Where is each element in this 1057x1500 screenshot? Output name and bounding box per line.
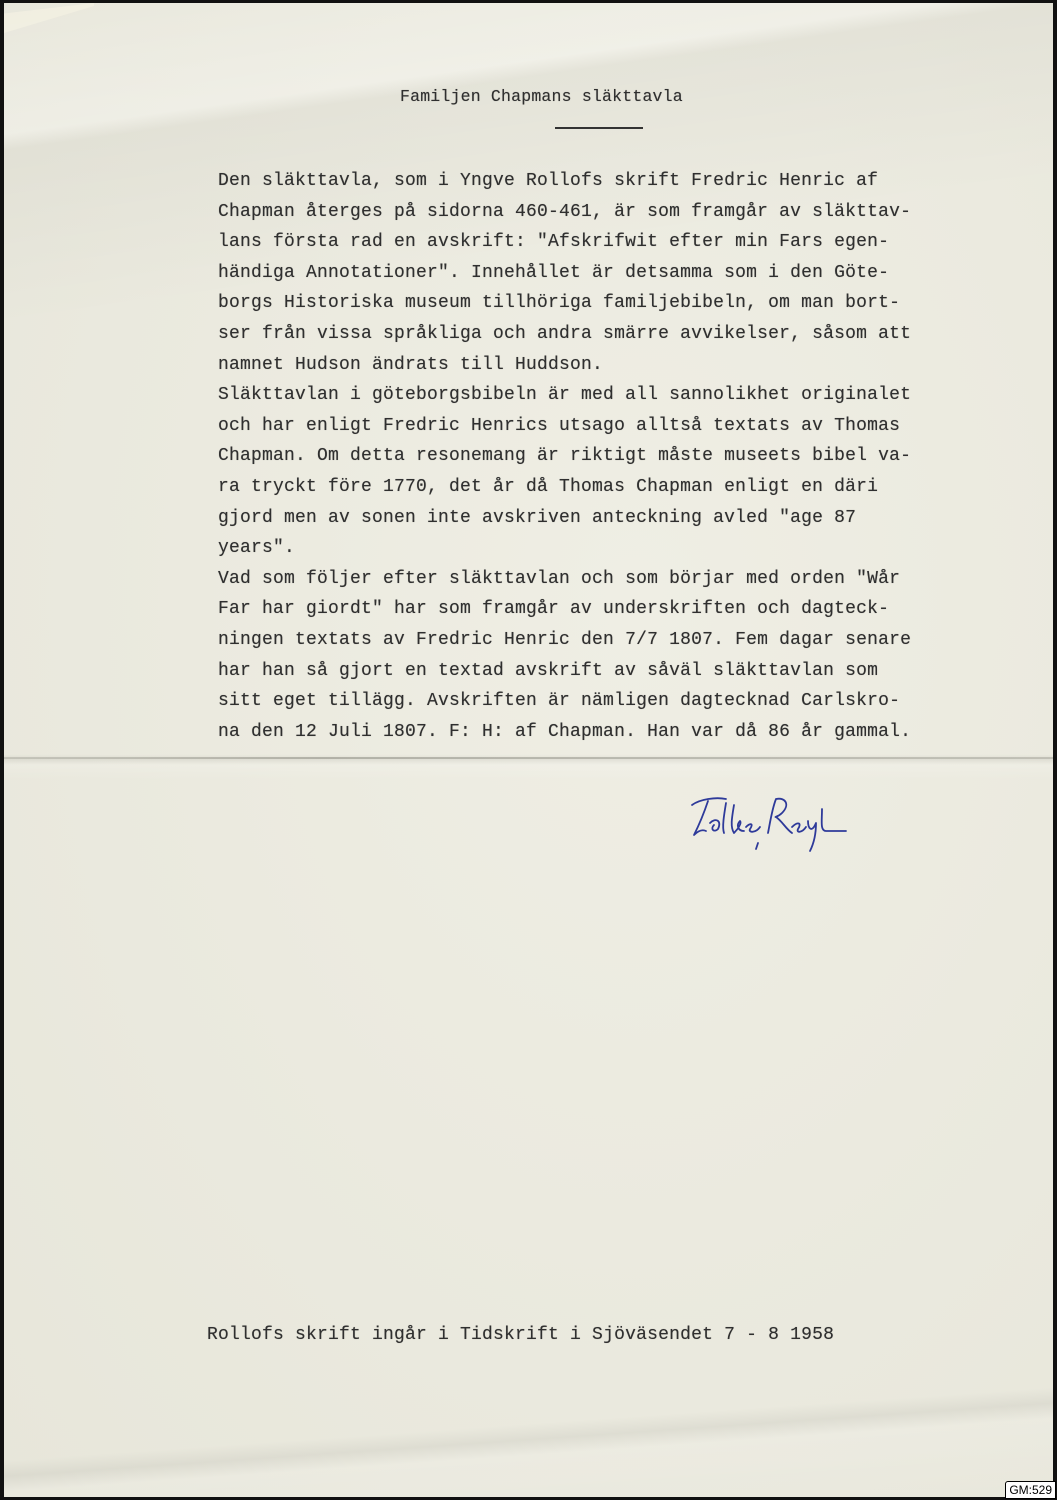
body-line: Den släkttavla, som i Yngve Rollofs skri… xyxy=(218,166,1018,197)
catalog-number-label: GM:529 xyxy=(1005,1481,1056,1499)
paper-corner-fold xyxy=(4,3,94,33)
body-line: har han så gjort en textad avskrift av s… xyxy=(218,656,1018,687)
body-line: Chapman. Om detta resonemang är riktigt … xyxy=(218,441,1018,472)
body-line: Vad som följer efter släkttavlan och som… xyxy=(218,564,1018,595)
body-line: Far har giordt" har som framgår av under… xyxy=(218,594,1018,625)
body-line: Chapman återges på sidorna 460-461, är s… xyxy=(218,197,1018,228)
document-title: Familjen Chapmans släkttavla xyxy=(400,87,683,106)
body-line: ra tryckt före 1770, det år då Thomas Ch… xyxy=(218,472,1018,503)
body-line: na den 12 Juli 1807. F: H: af Chapman. H… xyxy=(218,717,1018,748)
body-line: namnet Hudson ändrats till Huddson. xyxy=(218,350,1018,381)
body-line: ser från vissa språkliga och andra smärr… xyxy=(218,319,1018,350)
body-line: händiga Annotationer". Innehållet är det… xyxy=(218,258,1018,289)
document-body: Den släkttavla, som i Yngve Rollofs skri… xyxy=(218,166,1018,747)
body-line: borgs Historiska museum tillhöriga famil… xyxy=(218,288,1018,319)
body-line: Släkttavlan i göteborgsbibeln är med all… xyxy=(218,380,1018,411)
title-underline xyxy=(555,127,643,129)
body-line: ningen textats av Fredric Henric den 7/7… xyxy=(218,625,1018,656)
body-line: och har enligt Fredric Henrics utsago al… xyxy=(218,411,1018,442)
body-line: sitt eget tillägg. Avskriften är nämlige… xyxy=(218,686,1018,717)
document-page: Familjen Chapmans släkttavla Den släktta… xyxy=(4,3,1053,1497)
body-line: lans första rad en avskrift: "Afskrifwit… xyxy=(218,227,1018,258)
body-line: years". xyxy=(218,533,1018,564)
handwritten-signature xyxy=(686,793,906,853)
body-line: gjord men av sonen inte avskriven anteck… xyxy=(218,503,1018,534)
footer-note: Rollofs skrift ingår i Tidskrift i Sjövä… xyxy=(207,1325,834,1345)
paper-fold-crease xyxy=(4,757,1053,759)
